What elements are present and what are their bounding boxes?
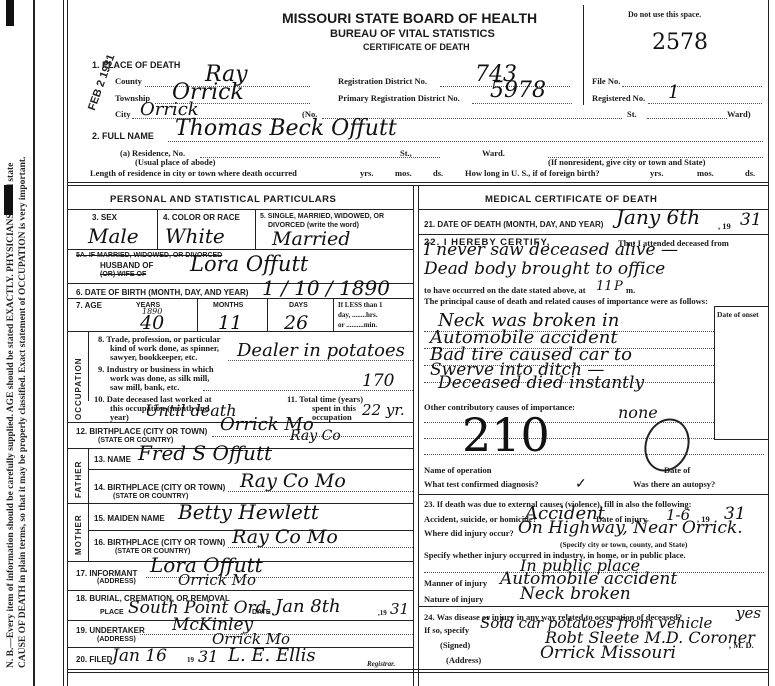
- personal-section-title: PERSONAL AND STATISTICAL PARTICULARS: [110, 194, 336, 205]
- certify-value-1: I never saw deceased alive —: [424, 240, 678, 260]
- industry-label-3: saw mill, bank, etc.: [110, 382, 179, 392]
- burial-year-value: 31: [390, 600, 409, 618]
- column-divider: [413, 186, 414, 686]
- filed-year-value: 31: [198, 647, 218, 666]
- last-worked-label-3: year): [110, 412, 129, 422]
- binding-mark: [6, 0, 14, 26]
- where-injury-sub: (Specify city or town, county, and State…: [560, 540, 687, 549]
- manner-label: Manner of injury: [424, 578, 487, 588]
- dob-value: 1 / 10 / 1890: [262, 276, 390, 300]
- date-of-death-label: 21. DATE OF DEATH (MONTH, DAY, AND YEAR): [424, 220, 603, 229]
- father-birthplace-sub: (STATE OR COUNTRY): [113, 493, 188, 500]
- marital-value: Married: [272, 228, 350, 250]
- place-of-death-label: 1. PLACE OF DEATH: [92, 60, 180, 70]
- nature-value: Neck broken: [520, 584, 631, 604]
- age-days-label: DAYS: [289, 302, 308, 309]
- sex-label: 3. SEX: [92, 213, 117, 222]
- primary-registration-value: 5978: [490, 78, 546, 103]
- date-of-onset-box: [714, 306, 769, 440]
- mother-birthplace-label: 16. BIRTHPLACE (CITY OR TOWN): [94, 538, 225, 547]
- registered-no-value: 1: [668, 82, 679, 103]
- age-label: 7. AGE: [76, 301, 102, 310]
- father-name-value: Fred S Offutt: [138, 441, 272, 465]
- race-value: White: [165, 224, 225, 248]
- foreign-birth-label: How long in U. S., if of foreign birth?: [465, 168, 600, 178]
- if-so-label: If so, specify: [424, 625, 469, 635]
- trade-label-3: sawyer, bookkeeper, etc.: [110, 352, 197, 362]
- primary-registration-label: Primary Registration District No.: [338, 93, 460, 103]
- bureau-title: BUREAU OF VITAL STATISTICS: [330, 28, 495, 40]
- trade-value: Dealer in potatoes: [237, 340, 405, 361]
- occurred-meridiem: P: [614, 279, 623, 294]
- foreign-mos-label: mos.: [697, 168, 714, 178]
- marital-label: 5. SINGLE, MARRIED, WIDOWED, OR: [260, 213, 384, 220]
- cause-line-5: Deceased died instantly: [438, 373, 644, 393]
- operation-date-label: Date of: [664, 465, 690, 475]
- father-birthplace-label: 14. BIRTHPLACE (CITY OR TOWN): [94, 483, 225, 492]
- spouse-value: Lora Offutt: [190, 252, 308, 276]
- city-label: City: [115, 109, 131, 119]
- signed-label: (Signed): [440, 640, 470, 650]
- margin-note-line2: CAUSE OF DEATH in plain terms, so that i…: [18, 157, 28, 668]
- less-than-minutes: or ..........min.: [338, 321, 377, 329]
- age-months-label: MONTHS: [213, 302, 243, 309]
- header-divider: [583, 5, 584, 105]
- length-residence-label: Length of residence in city or town wher…: [90, 168, 297, 178]
- sex-value: Male: [88, 224, 139, 248]
- spouse-label-3: (OR) WIFE OF: [100, 271, 146, 278]
- registrar-name: L. E. Ellis: [228, 645, 316, 666]
- informant-address-value: Orrick Mo: [178, 571, 256, 589]
- occurred-label: to have occurred on the date stated abov…: [424, 285, 586, 295]
- ds-label: ds.: [433, 168, 443, 178]
- mother-name-label: 15. MAIDEN NAME: [94, 514, 165, 523]
- residence-st-label: St.,: [400, 148, 412, 158]
- where-injury-label: Where did injury occur?: [424, 528, 514, 538]
- contributory-value: none: [618, 403, 658, 422]
- total-time-label-3: occupation: [312, 412, 352, 422]
- undertaker-address-label: (ADDRESS): [97, 636, 136, 643]
- certificate-title: CERTIFICATE OF DEATH: [363, 42, 470, 52]
- dod-year-value: 31: [740, 210, 762, 230]
- less-than-hours: day, ........hrs.: [338, 311, 377, 319]
- do-not-use-label: Do not use this space.: [628, 10, 701, 19]
- address-value: Orrick Missouri: [540, 643, 676, 663]
- border-left-inner: [67, 0, 68, 686]
- mother-vertical-label: MOTHER: [74, 514, 83, 555]
- birthplace-label: 12. BIRTHPLACE (CITY OR TOWN): [76, 427, 207, 436]
- registrar-label: Registrar.: [367, 660, 395, 668]
- full-name-value: Thomas Beck Offutt: [175, 116, 397, 141]
- board-title: MISSOURI STATE BOARD OF HEALTH: [282, 10, 537, 26]
- registration-district-label: Registration District No.: [338, 76, 427, 86]
- filed-date-value: Jan 16: [112, 646, 167, 666]
- medical-section-title: MEDICAL CERTIFICATE OF DEATH: [485, 194, 657, 205]
- md-label: , M. D.: [729, 640, 754, 650]
- where-injury-value: On Highway, Near Orrick.: [518, 518, 743, 538]
- margin-note-line1: N. B.—Every item of information should b…: [6, 163, 16, 668]
- check-mark-icon: ✓: [575, 476, 587, 493]
- nature-label: Nature of injury: [424, 594, 483, 604]
- full-name-label: 2. FULL NAME: [92, 131, 154, 141]
- border-left-outer: [63, 0, 64, 686]
- binding-mark-2: [4, 185, 13, 215]
- yrs-label: yrs.: [360, 168, 373, 178]
- burial-date-value: Jan 8th: [275, 596, 341, 617]
- burial-year-prefix: ,19: [378, 609, 387, 617]
- filed-label: 20. FILED: [76, 655, 112, 664]
- birthplace-county: Ray Co: [290, 428, 341, 444]
- nonresident-note: (If nonresident, give city or town and S…: [548, 157, 705, 167]
- undertaker-label: 19. UNDERTAKER: [76, 626, 145, 635]
- autopsy-label: Was there an autopsy?: [633, 479, 715, 489]
- file-no-label: File No.: [592, 76, 620, 86]
- county-label: County: [115, 76, 142, 86]
- industry-value: 170: [362, 371, 394, 391]
- st-label: St.: [627, 109, 637, 119]
- registered-no-label: Registered No.: [592, 93, 645, 103]
- residence-ward-label: Ward.: [482, 148, 505, 158]
- date-of-onset-label: Date of onset: [717, 310, 759, 319]
- spouse-label-2: HUSBAND OF: [100, 261, 153, 270]
- father-vertical-label: FATHER: [74, 461, 83, 498]
- father-birthplace-value: Ray Co Mo: [240, 470, 346, 492]
- burial-date-label: DATE: [252, 609, 271, 616]
- foreign-yrs-label: yrs.: [650, 168, 663, 178]
- mos-label: mos.: [395, 168, 412, 178]
- informant-address-label: (ADDRESS): [97, 578, 136, 585]
- occurred-hour: 11: [596, 279, 613, 294]
- date-of-death-value: Jany 6th: [616, 205, 700, 229]
- total-time-value: 22 yr.: [362, 401, 405, 419]
- ward-label: Ward): [727, 109, 751, 119]
- test-label: What test confirmed diagnosis?: [424, 479, 539, 489]
- occupation-related-value: yes: [736, 604, 761, 622]
- residence-sub-label: (Usual place of abode): [135, 157, 216, 167]
- dob-label: 6. DATE OF BIRTH (MONTH, DAY, AND YEAR): [76, 288, 248, 297]
- certificate-number: 2578: [652, 30, 708, 55]
- race-label: 4. COLOR OR RACE: [163, 213, 240, 222]
- less-than-label: If LESS than 1: [338, 301, 383, 309]
- mother-name-value: Betty Hewlett: [178, 500, 319, 524]
- certify-value-2: Dead body brought to office: [424, 259, 665, 279]
- father-name-label: 13. NAME: [94, 455, 131, 464]
- burial-place-label: PLACE: [100, 609, 124, 616]
- mother-birthplace-value: Ray Co Mo: [232, 526, 338, 548]
- margin-instructions: N. B.—Every item of information should b…: [2, 0, 32, 686]
- principal-cause-label: The principal cause of death and related…: [424, 296, 708, 306]
- foreign-ds-label: ds.: [745, 168, 755, 178]
- occurred-m: m.: [626, 285, 635, 295]
- classification-code: 210: [462, 408, 550, 462]
- operation-label: Name of operation: [424, 465, 492, 475]
- filed-year-prefix: 19: [187, 656, 194, 664]
- informant-label: 17. INFORMANT: [76, 569, 137, 578]
- margin-rule: [33, 0, 35, 686]
- address-label: (Address): [446, 655, 481, 665]
- dod-year-prefix: , 19: [718, 221, 731, 231]
- occupation-vertical-label: OCCUPATION: [74, 357, 83, 420]
